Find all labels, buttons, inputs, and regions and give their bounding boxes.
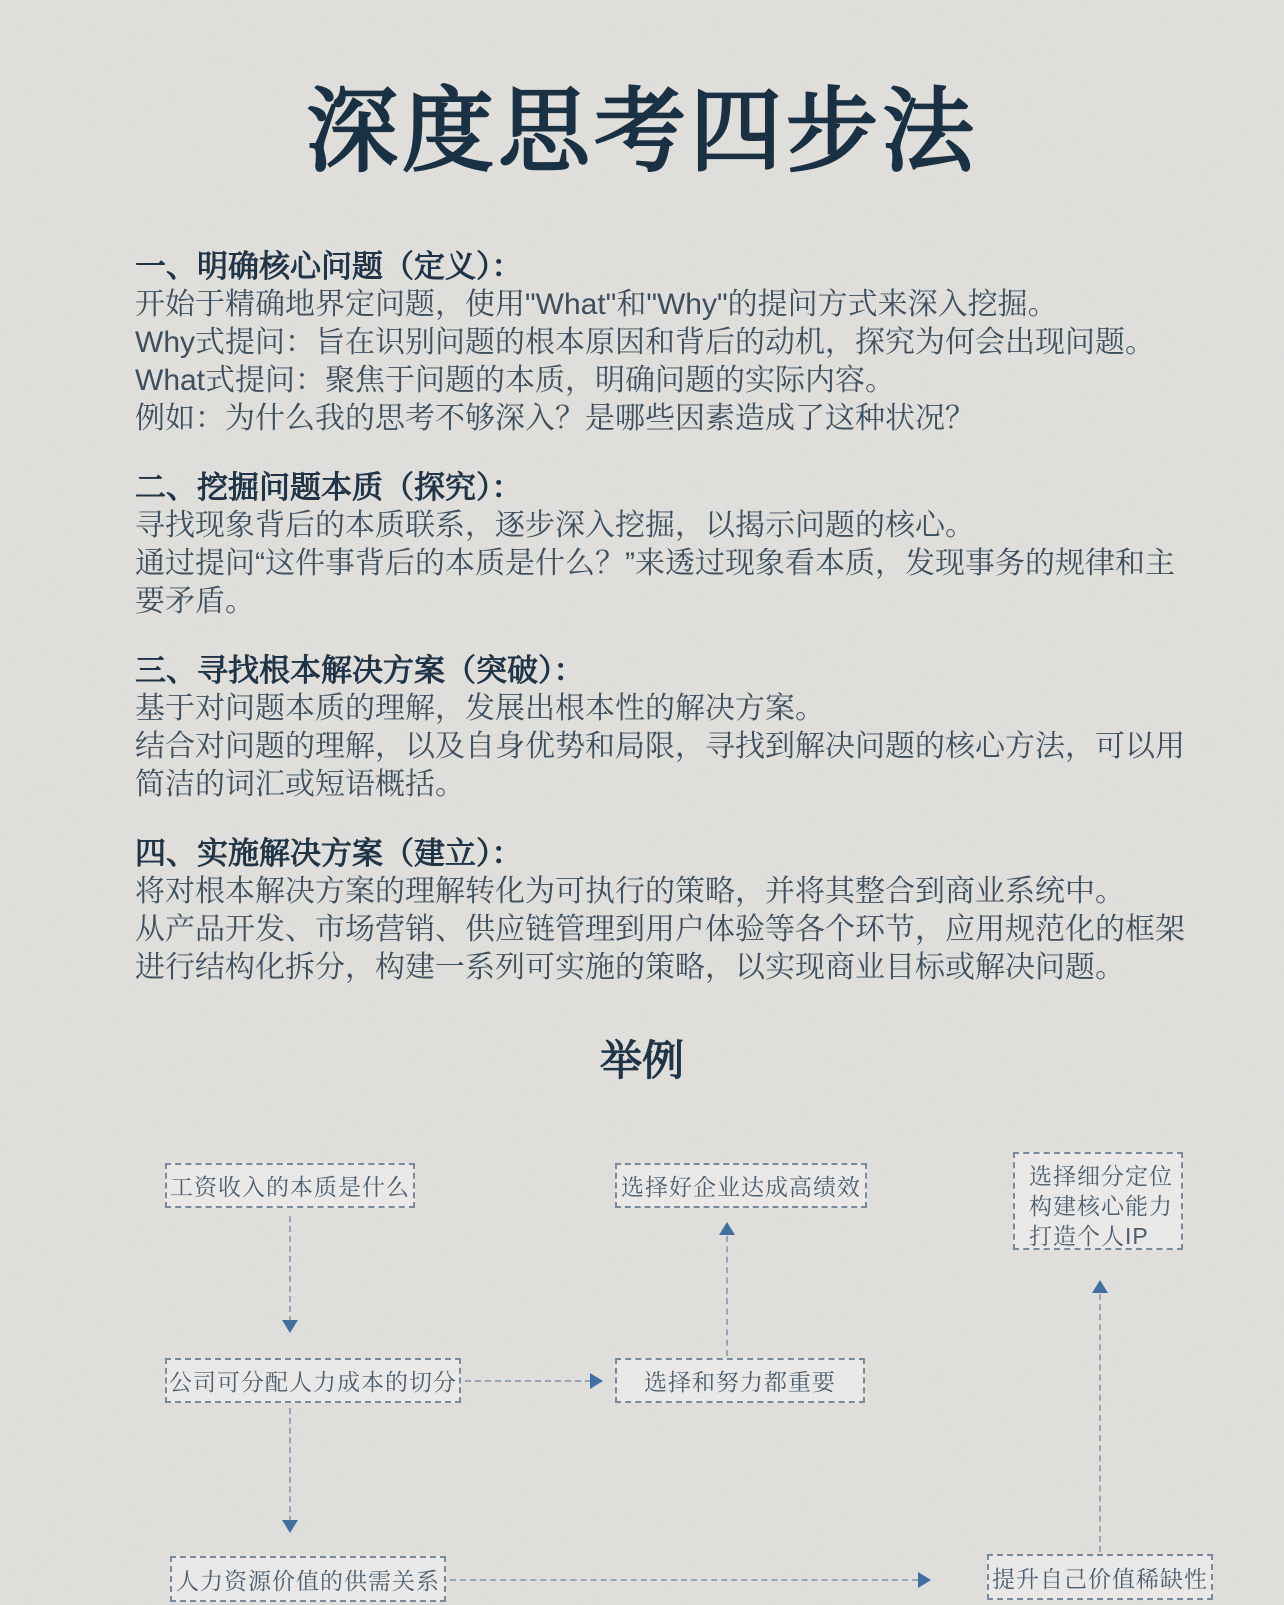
section-paragraph: 例如：为什么我的思考不够深入？是哪些因素造成了这种状况？ — [135, 400, 1193, 438]
section-paragraph: 开始于精确地界定问题，使用"What"和"Why"的提问方式来深入挖掘。 — [135, 286, 1193, 324]
flow-node-positioning: 选择细分定位 构建核心能力 打造个人IP — [1013, 1152, 1183, 1250]
page-title: 深度思考四步法 — [0, 58, 1284, 190]
text-sections: 一、明确核心问题（定义）： 开始于精确地界定问题，使用"What"和"Why"的… — [135, 248, 1193, 1018]
flow-node-choice-effort: 选择和努力都重要 — [615, 1358, 865, 1403]
section-breakthrough: 三、寻找根本解决方案（突破）： 基于对问题本质的理解，发展出根本性的解决方案。 … — [135, 652, 1193, 804]
flow-node-supply-demand: 人力资源价值的供需关系 — [170, 1556, 446, 1602]
flow-node-good-enterprise: 选择好企业达成高绩效 — [615, 1163, 867, 1208]
arrow-down-icon — [282, 1520, 298, 1533]
section-build: 四、实施解决方案（建立）： 将对根本解决方案的理解转化为可执行的策略，并将其整合… — [135, 835, 1193, 987]
section-paragraph: 基于对问题本质的理解，发展出根本性的解决方案。 — [135, 690, 1193, 728]
connector-line — [726, 1236, 728, 1356]
arrow-up-icon — [719, 1222, 735, 1235]
connector-line — [465, 1380, 591, 1382]
section-heading: 三、寻找根本解决方案（突破）： — [135, 652, 1193, 690]
example-heading: 举例 — [0, 1028, 1284, 1088]
flow-node-cost-split: 公司可分配人力成本的切分 — [165, 1358, 461, 1403]
connector-line — [1099, 1294, 1101, 1552]
section-paragraph: 从产品开发、市场营销、供应链管理到用户体验等各个环节，应用规范化的框架进行结构化… — [135, 911, 1193, 987]
flow-node-salary-essence: 工资收入的本质是什么 — [165, 1163, 415, 1208]
section-paragraph: 将对根本解决方案的理解转化为可执行的策略，并将其整合到商业系统中。 — [135, 873, 1193, 911]
section-heading: 二、挖掘问题本质（探究）： — [135, 469, 1193, 507]
arrow-right-icon — [590, 1373, 603, 1389]
section-heading: 一、明确核心问题（定义）： — [135, 248, 1193, 286]
poster: 深度思考四步法 一、明确核心问题（定义）： 开始于精确地界定问题，使用"What… — [0, 0, 1284, 1605]
connector-line — [289, 1216, 291, 1322]
section-heading: 四、实施解决方案（建立）： — [135, 835, 1193, 873]
arrow-up-icon — [1092, 1280, 1108, 1293]
section-paragraph: 寻找现象背后的本质联系，逐步深入挖掘，以揭示问题的核心。 — [135, 507, 1193, 545]
section-paragraph: Why式提问：旨在识别问题的根本原因和背后的动机，探究为何会出现问题。 — [135, 324, 1193, 362]
section-explore: 二、挖掘问题本质（探究）： 寻找现象背后的本质联系，逐步深入挖掘，以揭示问题的核… — [135, 469, 1193, 621]
section-paragraph: What式提问：聚焦于问题的本质，明确问题的实际内容。 — [135, 362, 1193, 400]
section-define: 一、明确核心问题（定义）： 开始于精确地界定问题，使用"What"和"Why"的… — [135, 248, 1193, 438]
connector-line — [450, 1579, 918, 1581]
arrow-right-icon — [918, 1572, 931, 1588]
section-paragraph: 通过提问“这件事背后的本质是什么？”来透过现象看本质，发现事务的规律和主要矛盾。 — [135, 545, 1193, 621]
connector-line — [289, 1408, 291, 1522]
arrow-down-icon — [282, 1320, 298, 1333]
flow-node-scarcity: 提升自己价值稀缺性 — [987, 1554, 1213, 1600]
section-paragraph: 结合对问题的理解，以及自身优势和局限，寻找到解决问题的核心方法，可以用简洁的词汇… — [135, 728, 1193, 804]
